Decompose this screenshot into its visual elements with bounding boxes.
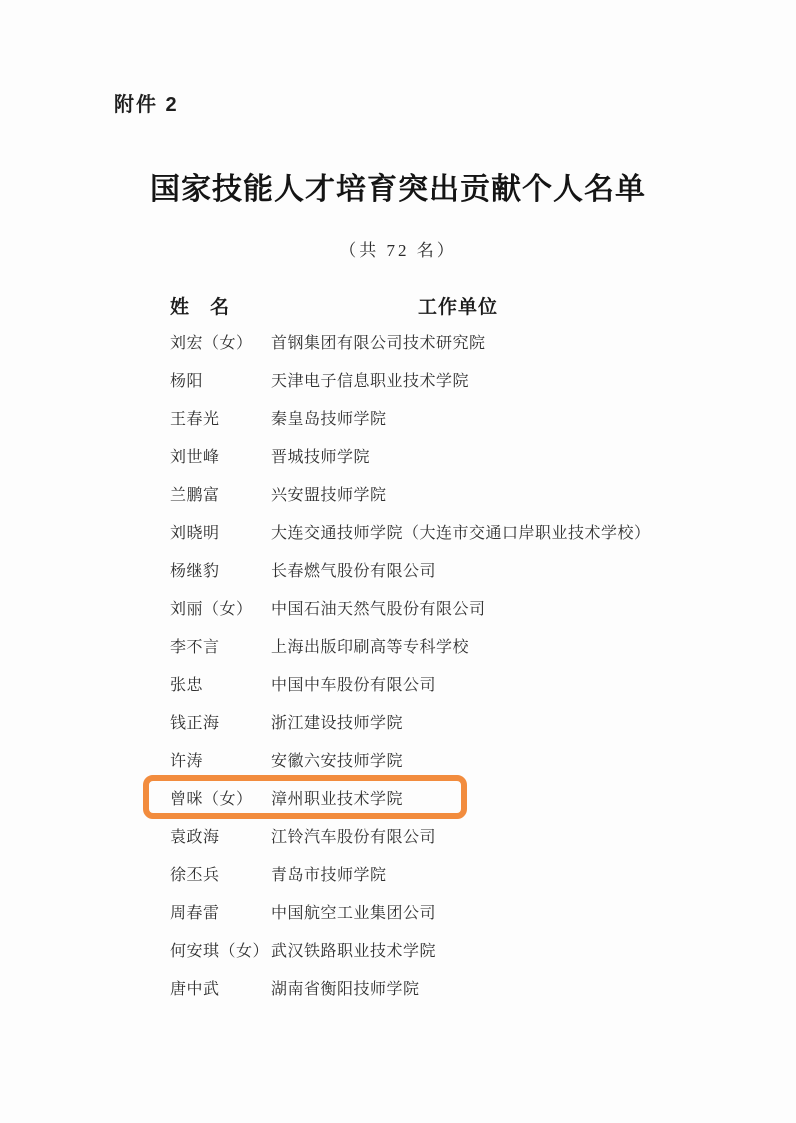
work-unit: 上海出版印刷高等专科学校 (271, 634, 469, 657)
work-unit: 秦皇岛技师学院 (271, 406, 387, 429)
person-name: 许涛 (170, 748, 271, 771)
work-unit: 首钢集团有限公司技术研究院 (271, 330, 486, 353)
table-header: 姓 名 工作单位 (170, 292, 630, 314)
person-name: 刘晓明 (170, 520, 271, 543)
table-row: 刘晓明 大连交通技师学院（大连市交通口岸职业技术学校） (170, 512, 730, 550)
table-row: 杨阳 天津电子信息职业技术学院 (170, 360, 730, 398)
work-unit: 中国航空工业集团公司 (271, 900, 436, 923)
table-row: 刘世峰 晋城技师学院 (170, 436, 730, 474)
work-unit: 浙江建设技师学院 (271, 710, 403, 733)
table-row: 唐中武 湖南省衡阳技师学院 (170, 968, 730, 1006)
table-row: 许涛 安徽六安技师学院 (170, 740, 730, 778)
table-row: 王春光 秦皇岛技师学院 (170, 398, 730, 436)
work-unit: 天津电子信息职业技术学院 (271, 368, 469, 391)
table-row: 李不言 上海出版印刷高等专科学校 (170, 626, 730, 664)
person-name: 杨继豹 (170, 558, 271, 581)
person-name: 钱正海 (170, 710, 271, 733)
work-unit: 中国中车股份有限公司 (271, 672, 436, 695)
table-row: 徐丕兵 青岛市技师学院 (170, 854, 730, 892)
person-name: 杨阳 (170, 368, 271, 391)
table-row: 曾咪（女） 漳州职业技术学院 (170, 778, 730, 816)
total-count-label: （共 72 名） (0, 236, 796, 261)
person-name: 唐中武 (170, 976, 271, 999)
document-page: 附件 2 国家技能人才培育突出贡献个人名单 （共 72 名） 姓 名 工作单位 … (0, 0, 796, 1123)
person-name: 何安琪（女） (170, 938, 271, 961)
table-row: 何安琪（女） 武汉铁路职业技术学院 (170, 930, 730, 968)
work-unit: 大连交通技师学院（大连市交通口岸职业技术学校） (271, 520, 651, 543)
table-row: 兰鹏富 兴安盟技师学院 (170, 474, 730, 512)
person-name: 刘宏（女） (170, 330, 271, 353)
name-list: 刘宏（女） 首钢集团有限公司技术研究院 杨阳 天津电子信息职业技术学院 王春光 … (170, 322, 730, 1006)
column-header-unit: 工作单位 (418, 292, 498, 319)
person-name: 徐丕兵 (170, 862, 271, 885)
work-unit: 中国石油天然气股份有限公司 (271, 596, 486, 619)
work-unit: 武汉铁路职业技术学院 (271, 938, 436, 961)
table-row: 钱正海 浙江建设技师学院 (170, 702, 730, 740)
work-unit: 湖南省衡阳技师学院 (271, 976, 420, 999)
person-name: 袁政海 (170, 824, 271, 847)
person-name: 兰鹏富 (170, 482, 271, 505)
work-unit: 漳州职业技术学院 (271, 786, 403, 809)
work-unit: 兴安盟技师学院 (271, 482, 387, 505)
table-row: 张忠 中国中车股份有限公司 (170, 664, 730, 702)
person-name: 刘丽（女） (170, 596, 271, 619)
work-unit: 青岛市技师学院 (271, 862, 387, 885)
table-row: 杨继豹 长春燃气股份有限公司 (170, 550, 730, 588)
person-name: 曾咪（女） (170, 786, 271, 809)
person-name: 李不言 (170, 634, 271, 657)
column-header-name: 姓 名 (170, 292, 230, 319)
table-row: 刘丽（女） 中国石油天然气股份有限公司 (170, 588, 730, 626)
person-name: 刘世峰 (170, 444, 271, 467)
work-unit: 晋城技师学院 (271, 444, 370, 467)
person-name: 周春雷 (170, 900, 271, 923)
table-row: 周春雷 中国航空工业集团公司 (170, 892, 730, 930)
work-unit: 安徽六安技师学院 (271, 748, 403, 771)
person-name: 张忠 (170, 672, 271, 695)
page-title: 国家技能人才培育突出贡献个人名单 (0, 164, 796, 208)
table-row: 袁政海 江铃汽车股份有限公司 (170, 816, 730, 854)
person-name: 王春光 (170, 406, 271, 429)
table-row: 刘宏（女） 首钢集团有限公司技术研究院 (170, 322, 730, 360)
work-unit: 江铃汽车股份有限公司 (271, 824, 436, 847)
work-unit: 长春燃气股份有限公司 (271, 558, 436, 581)
attachment-label: 附件 2 (114, 88, 179, 117)
